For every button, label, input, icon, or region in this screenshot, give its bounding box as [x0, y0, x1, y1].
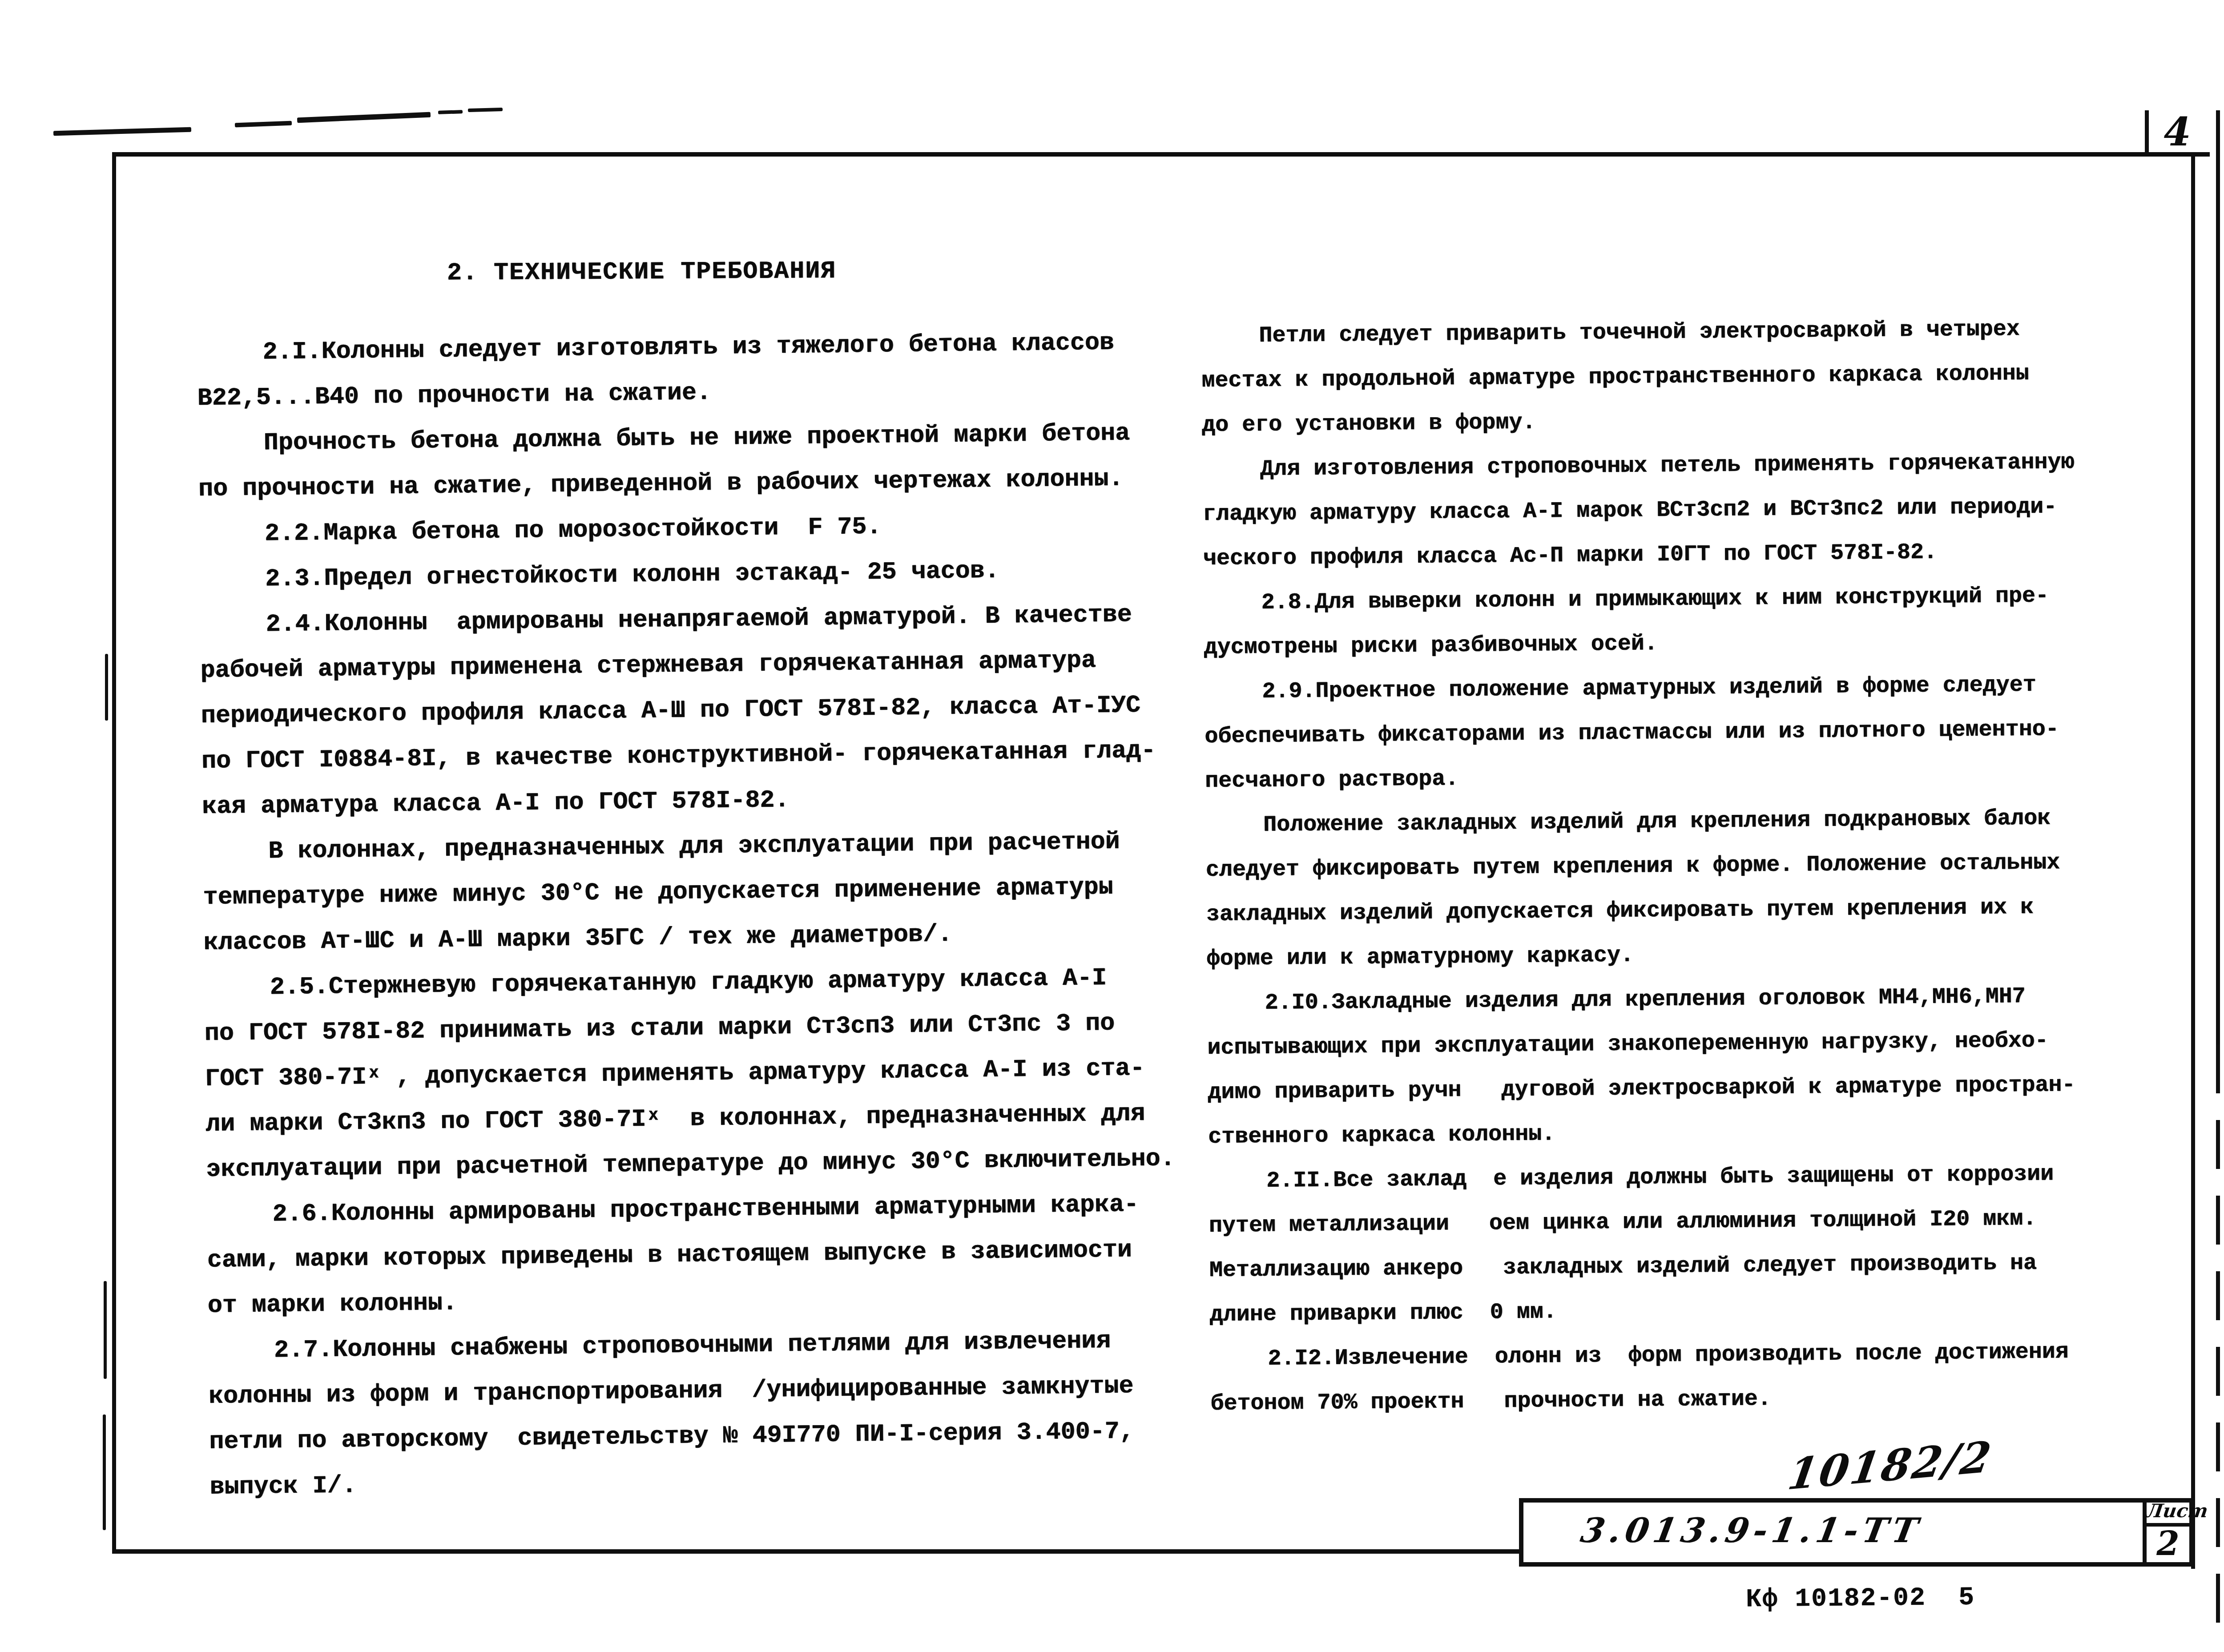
document-number: 3.013.9-1.1-ТТ: [1578, 1511, 1925, 1550]
text-line: длине приварки плюс 0 мм.: [1209, 1285, 2091, 1337]
text-line: путем металлизации оем цинка или аллюмин…: [1209, 1196, 2090, 1248]
scan-artifact-dash: [53, 127, 191, 136]
text-line: следует фиксировать путем крепления к фо…: [1205, 840, 2087, 892]
right-text-column: Петли следует приварить точечной электро…: [1201, 306, 2091, 1426]
text-line: ственного каркаса колонны.: [1208, 1107, 2089, 1159]
text-line: 2.I2.Извлечение олонн из форм производит…: [1210, 1330, 2091, 1382]
page-number: 4: [2148, 110, 2206, 153]
sheet-number: 2: [2147, 1525, 2189, 1563]
frame-border-left: [112, 152, 116, 1553]
scan-artifact-dash: [468, 108, 503, 112]
scan-artifact-tick: [104, 1281, 107, 1379]
text-line: ческого профиля класса Ас-П марки I0ГТ п…: [1203, 529, 2084, 581]
frame-border-right-outer: [2216, 110, 2220, 1044]
left-text-column: 2.I.Колонны следует изготовлять из тяжел…: [197, 319, 1197, 1510]
text-line: димо приварить ручн дуговой электросварк…: [1208, 1063, 2089, 1115]
frame-border-top: [112, 152, 2210, 157]
archive-stamp: Кф 10182-02 5: [1746, 1584, 1975, 1614]
scan-artifact-dash: [297, 112, 431, 123]
sheet-label: Лист: [2145, 1500, 2191, 1522]
text-line: дусмотрены риски разбивочных осей.: [1204, 618, 2085, 670]
text-line: закладных изделий допускается фиксироват…: [1206, 885, 2087, 937]
text-line: до его установки в форму.: [1202, 395, 2083, 447]
frame-border-right-outer-dashed: [2216, 1044, 2220, 1627]
text-line: 2.9.Проектное положение арматурных издел…: [1204, 662, 2085, 714]
text-line: Положение закладных изделий для креплени…: [1205, 796, 2087, 848]
text-line: гладкую арматуру класса А-I марок ВСт3сп…: [1202, 484, 2083, 536]
handwritten-job-number: 10182/2: [1785, 1432, 1996, 1500]
text-line: Для изготовления строповочных петель при…: [1202, 440, 2083, 492]
scan-artifact-tick: [105, 654, 108, 721]
text-line: испытывающих при эксплуатации знакоперем…: [1207, 1018, 2088, 1070]
scan-artifact-dash: [235, 121, 292, 127]
scanned-document: { "page": { "number": "4" }, "title": "2…: [0, 0, 2224, 1652]
text-line: Петли следует приварить точечной электро…: [1201, 306, 2082, 359]
scan-artifact-dash: [438, 110, 463, 114]
text-line: местах к продольной арматуре пространств…: [1201, 351, 2083, 403]
text-line: 2.I0.Закладные изделия для крепления ого…: [1207, 974, 2088, 1026]
scan-artifact-tick: [103, 1414, 106, 1530]
text-line: обеспечивать фиксаторами из пластмассы и…: [1205, 707, 2086, 759]
text-line: бетоном 70% проектн прочности на сжатие.: [1210, 1374, 2091, 1426]
text-line: Металлизацию анкеро закладных изделий сл…: [1209, 1241, 2090, 1293]
text-line: форме или к арматурному каркасу.: [1206, 929, 2087, 981]
text-line: песчаного раствора.: [1205, 751, 2086, 803]
text-line: 2.II.Все заклад е изделия должны быть за…: [1209, 1152, 2090, 1204]
section-title: 2. ТЕХНИЧЕСКИЕ ТРЕБОВАНИЯ: [447, 248, 837, 296]
frame-border-right-inner: [2191, 152, 2195, 1569]
text-line: 2.8.Для выверки колонн и примыкающих к н…: [1203, 573, 2084, 625]
title-block: 3.013.9-1.1-ТТ Лист 2: [1519, 1498, 2194, 1567]
